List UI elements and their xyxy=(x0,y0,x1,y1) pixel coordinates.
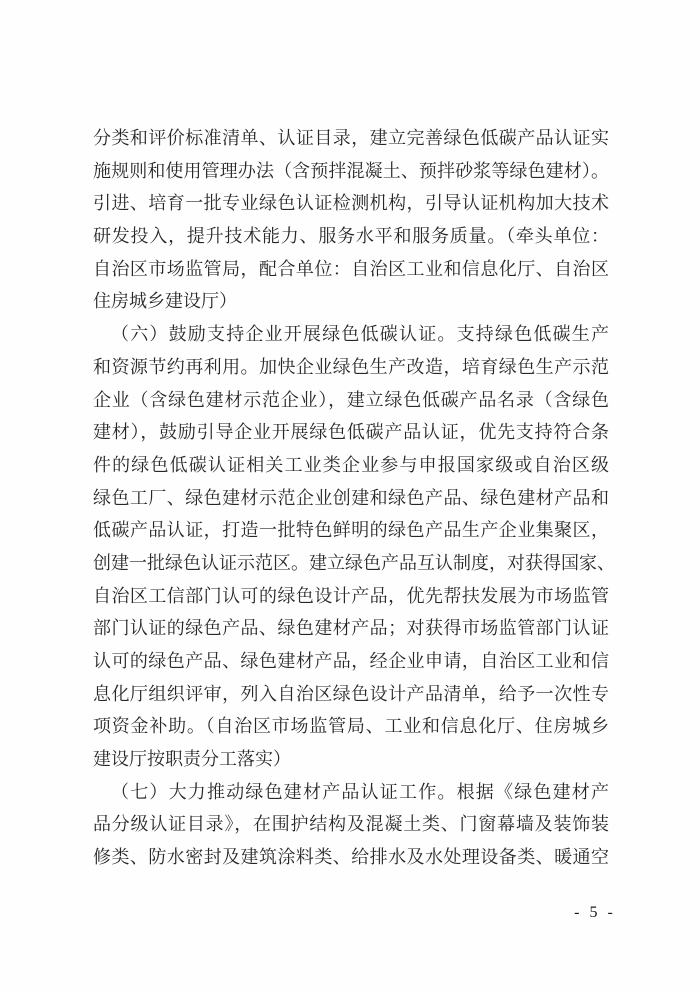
text-line: 部门认证的绿色产品、绿色建材产品；对获得市场监管部门认证 xyxy=(93,612,609,645)
text-line: 品分级认证目录》，在围护结构及混凝土类、门窗幕墙及装饰装 xyxy=(93,808,609,841)
text-line: 低碳产品认证，打造一批特色鲜明的绿色产品生产企业集聚区， xyxy=(93,514,609,547)
text-line: 认可的绿色产品、绿色建材产品，经企业申请，自治区工业和信 xyxy=(93,645,609,678)
text-line-paragraph-end: 建设厅按职责分工落实） xyxy=(93,743,609,776)
page-number: - 5 - xyxy=(560,904,630,922)
text-line: 自治区工信部门认可的绿色设计产品，优先帮扶发展为市场监管 xyxy=(93,580,609,613)
text-line: 研发投入，提升技术能力、服务水平和服务质量。（牵头单位： xyxy=(93,220,609,253)
text-line: 施规则和使用管理办法（含预拌混凝土、预拌砂浆等绿色建材）。 xyxy=(93,155,609,188)
text-line-paragraph-start: （七）大力推动绿色建材产品认证工作。根据《绿色建材产 xyxy=(93,776,609,809)
text-line: 修类、防水密封及建筑涂料类、给排水及水处理设备类、暖通空 xyxy=(93,841,609,874)
text-line: 项资金补助。（自治区市场监管局、工业和信息化厅、住房城乡 xyxy=(93,710,609,743)
text-line-paragraph-end: 住房城乡建设厅） xyxy=(93,285,609,318)
text-line-paragraph-start: （六）鼓励支持企业开展绿色低碳认证。支持绿色低碳生产 xyxy=(93,318,609,351)
text-line: 件的绿色低碳认证相关工业类企业参与申报国家级或自治区级 xyxy=(93,449,609,482)
body-text: 分类和评价标准清单、认证目录，建立完善绿色低碳产品认证实 施规则和使用管理办法（… xyxy=(0,122,700,874)
text-line: 企业（含绿色建材示范企业），建立绿色低碳产品名录（含绿色 xyxy=(93,384,609,417)
text-line: 引进、培育一批专业绿色认证检测机构，引导认证机构加大技术 xyxy=(93,187,609,220)
text-line: 自治区市场监管局，配合单位：自治区工业和信息化厅、自治区 xyxy=(93,253,609,286)
text-line: 绿色工厂、绿色建材示范企业创建和绿色产品、绿色建材产品和 xyxy=(93,482,609,515)
text-line: 分类和评价标准清单、认证目录，建立完善绿色低碳产品认证实 xyxy=(93,122,609,155)
text-line: 和资源节约再利用。加快企业绿色生产改造，培育绿色生产示范 xyxy=(93,351,609,384)
text-line: 建材），鼓励引导企业开展绿色低碳产品认证，优先支持符合条 xyxy=(93,416,609,449)
text-line: 息化厅组织评审，列入自治区绿色设计产品清单，给予一次性专 xyxy=(93,678,609,711)
text-line: 创建一批绿色认证示范区。建立绿色产品互认制度，对获得国家、 xyxy=(93,547,609,580)
document-page: 分类和评价标准清单、认证目录，建立完善绿色低碳产品认证实 施规则和使用管理办法（… xyxy=(0,0,700,990)
